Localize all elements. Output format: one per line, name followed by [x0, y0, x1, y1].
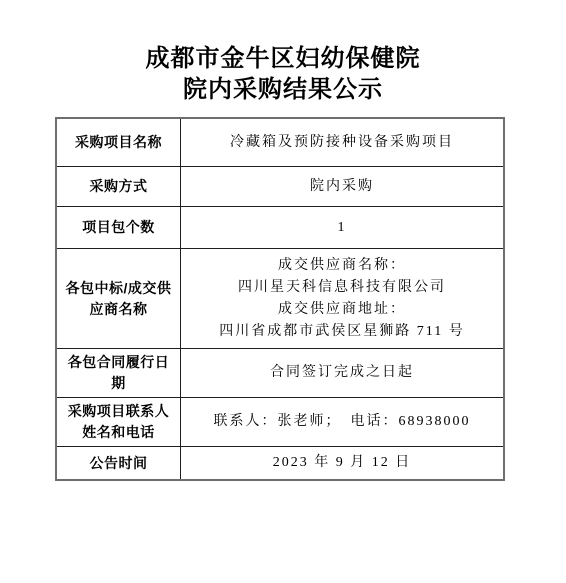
row-label: 采购方式 — [57, 167, 181, 206]
table-row-package-count: 项目包个数 1 — [57, 206, 503, 248]
page-title-line-1: 成都市金牛区妇幼保健院 — [0, 44, 566, 75]
row-value: 成交供应商名称： 四川星天科信息科技有限公司 成交供应商地址： 四川省成都市武侯… — [181, 249, 503, 348]
value-line: 四川星天科信息科技有限公司 — [238, 277, 446, 299]
row-value: 联系人：张老师； 电话：68938000 — [181, 398, 503, 446]
row-value: 合同签订完成之日起 — [181, 349, 503, 397]
value-line: 冷藏箱及预防接种设备采购项目 — [230, 132, 454, 154]
page-title: 成都市金牛区妇幼保健院 院内采购结果公示 — [0, 44, 566, 106]
row-label: 采购项目名称 — [57, 119, 181, 166]
row-label: 采购项目联系人姓名和电话 — [57, 398, 181, 446]
procurement-result-table: 采购项目名称 冷藏箱及预防接种设备采购项目 采购方式 院内采购 项目包个数 1 … — [55, 117, 505, 481]
table-row-winning-supplier: 各包中标/成交供应商名称 成交供应商名称： 四川星天科信息科技有限公司 成交供应… — [57, 248, 503, 348]
table-row-project-name: 采购项目名称 冷藏箱及预防接种设备采购项目 — [57, 119, 503, 166]
value-line: 合同签订完成之日起 — [270, 362, 414, 384]
row-value: 冷藏箱及预防接种设备采购项目 — [181, 119, 503, 166]
table-row-procurement-method: 采购方式 院内采购 — [57, 166, 503, 206]
table-row-announcement-time: 公告时间 2023 年 9 月 12 日 — [57, 446, 503, 479]
value-line: 成交供应商名称： — [278, 255, 406, 277]
row-label: 公告时间 — [57, 447, 181, 479]
value-line: 四川省成都市武侯区星狮路 711 号 — [219, 321, 464, 343]
row-label: 项目包个数 — [57, 207, 181, 248]
row-value: 1 — [181, 207, 503, 248]
table-row-contract-performance-date: 各包合同履行日期 合同签订完成之日起 — [57, 348, 503, 397]
row-label: 各包合同履行日期 — [57, 349, 181, 397]
row-label: 各包中标/成交供应商名称 — [57, 249, 181, 348]
value-line: 成交供应商地址： — [278, 299, 406, 321]
value-line: 1 — [338, 217, 347, 239]
row-value: 院内采购 — [181, 167, 503, 206]
row-value: 2023 年 9 月 12 日 — [181, 447, 503, 479]
announcement-document: 成都市金牛区妇幼保健院 院内采购结果公示 采购项目名称 冷藏箱及预防接种设备采购… — [0, 0, 566, 583]
value-line: 2023 年 9 月 12 日 — [273, 452, 412, 474]
page-title-line-2: 院内采购结果公示 — [0, 75, 566, 106]
value-line: 院内采购 — [310, 176, 374, 198]
table-row-contact-info: 采购项目联系人姓名和电话 联系人：张老师； 电话：68938000 — [57, 397, 503, 446]
value-line: 联系人：张老师； 电话：68938000 — [214, 411, 471, 433]
